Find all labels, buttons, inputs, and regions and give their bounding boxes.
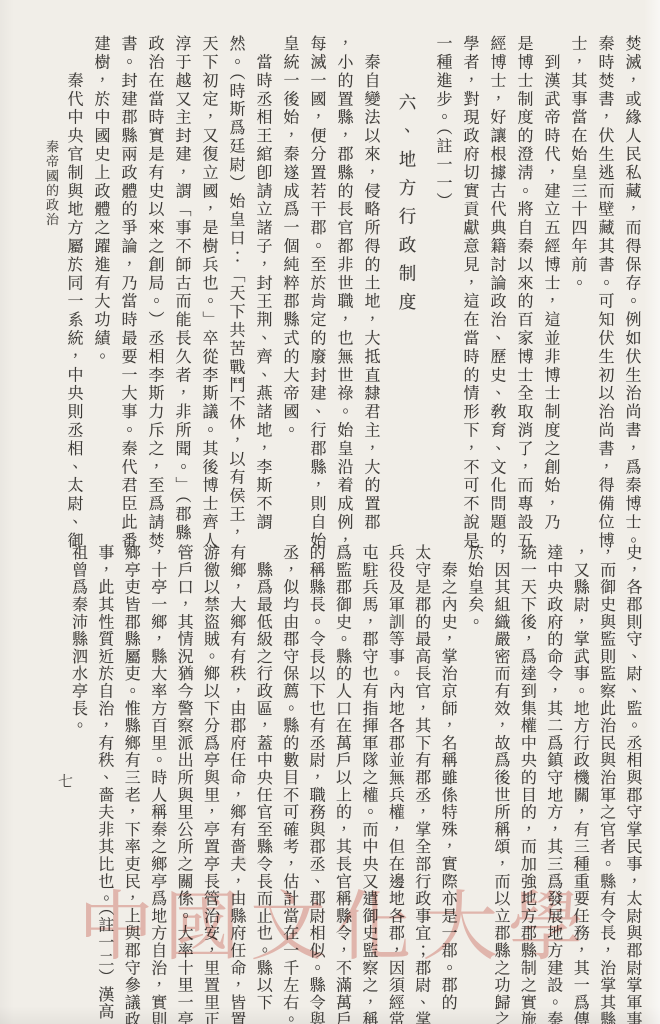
text-column: 於始皇矣。 xyxy=(460,544,486,1014)
text-column: 書。封建郡縣兩政體的爭論，乃當時最要一大事。秦代君臣此番 xyxy=(114,35,141,535)
text-column: 當時丞相王綰卽請立諸子，封王荆、齊、燕諸地，李斯不謂 xyxy=(249,35,276,535)
text-column: 屯駐兵馬，郡守也有指揮軍隊之權。而中央又遣御史監察之，稱 xyxy=(355,544,381,1014)
text-column: 政治在當時實是有史以來之創局。）丞相李斯力斥之，至爲請焚 xyxy=(141,35,168,535)
text-column: 鄉亭吏皆郡縣屬吏。惟縣鄉有三老，下率吏民，上與郡守參議政 xyxy=(117,544,143,1014)
text-column: 統一天下後，爲達到集權中央的目的，而加強地方郡縣制之實施 xyxy=(513,544,539,1014)
text-column: 游徼以禁盜賊。鄉以下分爲亭與里，亭置亭長管治安，里置里正 xyxy=(196,544,222,1014)
text-column: 達中央政府的命令，其二爲鎮守地方，其三爲發展地方建設。秦 xyxy=(539,544,565,1014)
text-column: 爲監郡御史。縣的人口在萬戶以上的，其長官稱縣令，不滿萬戶 xyxy=(328,544,354,1014)
running-title: 秦帝國的政治 xyxy=(42,140,61,227)
text-column: 焚滅，或緣人民私藏，而得保存。例如伏生治尚書，爲秦博士。 xyxy=(618,35,645,535)
scan-speck xyxy=(236,856,246,863)
text-column: 秦時焚書，伏生逃而壁藏其書。可知伏生初以治尚書，得備位博 xyxy=(591,35,618,535)
text-column: 經博士，好讓根據古代典籍討論政治、歷史、敎育、文化問題的 xyxy=(483,35,510,535)
text-column: 淳于越又主封建，謂「事不師古而能長久者，非所聞。」（郡縣 xyxy=(168,35,195,535)
text-column: 每滅一國，便分置若干郡。至於肯定的廢封建、行郡縣，則自始 xyxy=(303,35,330,535)
text-column: 事，此其性質近於自治，有秩、嗇夫非其比也。（註一二）漢高 xyxy=(90,544,116,1014)
text-column: 縣爲最低級之行政區，蓋中央任官至縣令長而止也。縣以下 xyxy=(249,544,275,1014)
text-column: ，十亭一鄉，縣大率方百里。時人稱秦之鄉亭爲地方自治，實則 xyxy=(143,544,169,1014)
text-column: ，因其組織嚴密而有效，故爲後世所稱頌，而以立郡縣之功歸之 xyxy=(487,544,513,1014)
text-column: 建樹，於中國史上政體之躍進有大功績。 xyxy=(87,35,114,535)
text-column: 然。（時斯爲廷尉）始皇曰：「天下共苦戰鬥不休，以有侯王， xyxy=(222,35,249,535)
text-column: 丞，似均由郡守保薦。縣的數目不可確考，估計當在一千左右。 xyxy=(275,544,301,1014)
text-column: 士，其事當在始皇三十四年前。 xyxy=(564,35,591,535)
book-page-scan: 焚滅，或緣人民私藏，而得保存。例如伏生治尚書，爲秦博士。秦時焚書，伏生逃而壁藏其… xyxy=(0,0,660,1024)
text-column: 學者，對現政府切實貢獻意見，這在當時的情形下，不可不說是 xyxy=(456,35,483,535)
text-column: 一種進步。（註一一） xyxy=(429,35,456,535)
text-column: 到漢武帝時代，建立五經博士，這並非博士制度之創始，乃 xyxy=(537,35,564,535)
text-column: ，而御史與監則監察此治民與治軍之官者。縣有令長，治掌其縣 xyxy=(592,544,618,1014)
page-number: 七 xyxy=(58,770,73,791)
section-heading: 六、地方行政制度 xyxy=(393,35,420,535)
text-column: 皇統一後始，秦遂成爲一個純粹郡縣式的大帝國。 xyxy=(276,35,303,535)
text-column: 史，各郡則守、尉、監。丞相與郡守掌民事，太尉與郡尉掌軍事 xyxy=(619,544,645,1014)
text-column: 太守是郡的最高長官，其下有郡丞，掌全部行政事宜；郡尉、掌 xyxy=(407,544,433,1014)
text-column: ，又縣尉，掌武事。地方行政機關，有三種重要任務，其一爲傳 xyxy=(566,544,592,1014)
text-column: 的稱縣長。令長以下也有丞尉，職務與郡丞、郡尉相似。縣令與 xyxy=(302,544,328,1014)
text-column: 天下初定，又復立國，是樹兵也。」卒從李斯議。其後博士齊人 xyxy=(195,35,222,535)
bottom-register: 史，各郡則守、尉、監。丞相與郡守掌民事，太尉與郡尉掌軍事，而御史與監則監察此治民… xyxy=(64,544,645,1014)
top-register: 焚滅，或緣人民私藏，而得保存。例如伏生治尚書，爲秦博士。秦時焚書，伏生逃而壁藏其… xyxy=(60,35,645,535)
text-column: 秦自變法以來，侵略所得的土地，大抵直隸君主，大的置郡 xyxy=(357,35,384,535)
text-column: ，小的置縣，郡縣的長官都非世職，也無世祿。始皇沿着成例， xyxy=(330,35,357,535)
text-column: 是博士制度的澄淸。將自秦以來的百家博士全取消了，而專設五 xyxy=(510,35,537,535)
text-column: 秦代中央官制與地方屬於同一系統，中央則丞相、太尉、御 xyxy=(60,35,87,535)
text-column: 秦之內史，掌治京師，名稱雖係特殊，實際亦是一郡。郡的 xyxy=(434,544,460,1014)
text-column: 兵役及軍訓等事。內地各郡並無兵權，但在邊地各郡，因須經常 xyxy=(381,544,407,1014)
text-column: 管戶口，其情況猶今警察派出所與里公所之關係。大率十里一亭 xyxy=(170,544,196,1014)
text-column: 有鄉，大鄉有有秩，由郡府任命，鄉有嗇夫，由縣府任命，皆置 xyxy=(223,544,249,1014)
